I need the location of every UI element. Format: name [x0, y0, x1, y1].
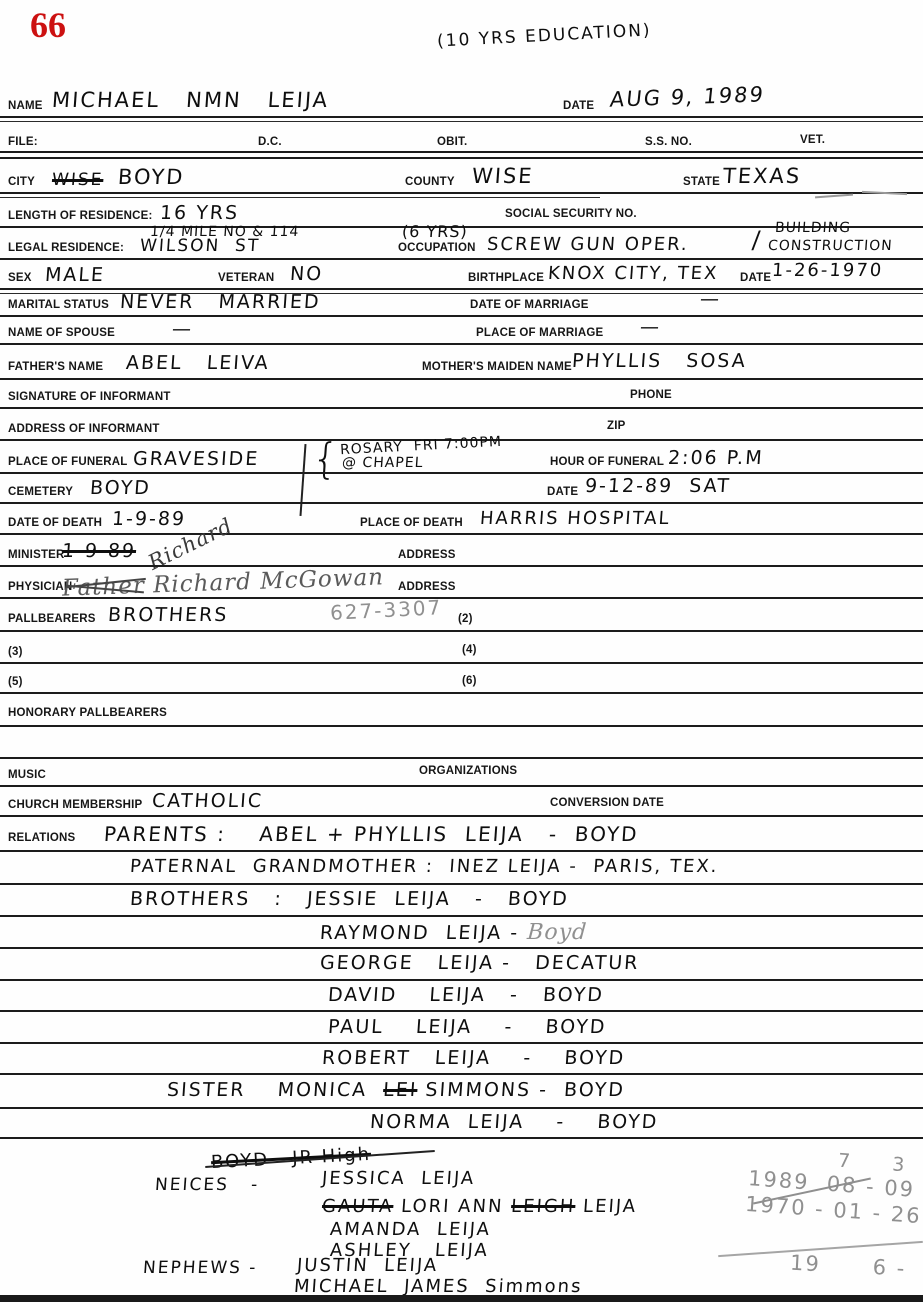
rule-line: [0, 915, 923, 917]
vet-label: VET.: [800, 134, 825, 146]
faint-scribble: [815, 194, 853, 199]
name-value: MICHAEL NMN LEIJA: [51, 88, 330, 112]
state-label: STATE: [683, 176, 720, 188]
sex-value: MALE: [44, 264, 106, 286]
minister-address-label: ADDRESS: [398, 549, 456, 561]
rule-line: [0, 692, 923, 694]
honorary-pallbearers-label: HONORARY PALLBEARERS: [8, 707, 167, 719]
relation-row: RAYMOND LEIJA - Boyd: [319, 920, 588, 945]
rule-line: [0, 883, 923, 885]
rule-line: [0, 472, 923, 474]
rule-line: [0, 1073, 923, 1075]
relation-row: PARENTS : ABEL + PHYLLIS LEIJA - BOYD: [103, 822, 639, 846]
dc-label: D.C.: [258, 136, 282, 148]
rule-line: [0, 850, 923, 852]
relation-row: PATERNAL GRANDMOTHER : INEZ LEIJA - PARI…: [129, 856, 719, 877]
organizations-label: ORGANIZATIONS: [419, 765, 517, 777]
funeral-date-label: DATE: [547, 486, 578, 498]
rule-line: [0, 197, 600, 198]
nephew-name: JUSTIN LEIJA: [296, 1255, 439, 1276]
relation-row: SISTER MONICA LEI SIMMONS - BOYD: [166, 1079, 625, 1101]
occupation-years-note: (6 YRS): [401, 222, 468, 241]
neice-name: AMANDA LEIJA: [329, 1219, 491, 1240]
signature-of-informant-label: SIGNATURE OF INFORMANT: [8, 391, 171, 403]
zip-label: ZIP: [607, 420, 626, 432]
rule-line: [0, 725, 923, 727]
county-label: COUNTY: [405, 176, 455, 188]
county-value: WISE: [471, 164, 534, 188]
date-of-death-value: 1-9-89: [111, 508, 187, 530]
relation-row: NORMA LEIJA - BOYD: [369, 1111, 659, 1133]
church-membership-value: CATHOLIC: [151, 790, 264, 812]
name-label: NAME: [8, 100, 43, 112]
father-name-label: FATHER'S NAME: [8, 361, 103, 373]
pallbearers-phone-value: 627-3307: [329, 595, 442, 625]
birthdate-label: DATE: [740, 272, 771, 284]
rule-line: [0, 979, 923, 981]
marital-status-label: MARITAL STATUS: [8, 299, 109, 311]
rule-line: [0, 315, 923, 317]
date-label: DATE: [563, 100, 594, 112]
length-of-residence-label: LENGTH OF RESIDENCE:: [8, 210, 153, 222]
struck-text: GAUTA: [321, 1196, 394, 1217]
place-of-marriage-label: PLACE OF MARRIAGE: [476, 327, 603, 339]
relations-label: RELATIONS: [8, 832, 75, 844]
city-struck-value: WISE: [51, 170, 104, 190]
place-of-marriage-value: —: [639, 316, 662, 338]
occupation-label: OCCUPATION: [398, 242, 476, 254]
rule-line: [0, 502, 923, 504]
church-membership-label: CHURCH MEMBERSHIP: [8, 799, 142, 811]
file-label: FILE:: [8, 136, 38, 148]
chapel-note: @ CHAPEL: [341, 455, 424, 471]
mother-maiden-name-label: MOTHER'S MAIDEN NAME: [422, 361, 572, 373]
date-of-marriage-value: —: [699, 288, 722, 310]
minister-label: MINISTER: [8, 549, 65, 561]
occupation-slash: /: [751, 226, 763, 254]
page-number: 66: [30, 4, 66, 46]
rule-line: [0, 157, 923, 159]
funeral-record-document: 66 (10 YRS EDUCATION) NAME MICHAEL NMN L…: [0, 0, 923, 1302]
place-of-death-value: HARRIS HOSPITAL: [479, 508, 671, 529]
rule-line: [0, 533, 923, 535]
neice-name: GAUTA LORI ANN LEIGH LEIJA: [321, 1196, 638, 1217]
rule-line: [0, 815, 923, 817]
rule-line: [0, 565, 923, 567]
rule-line: [0, 1137, 923, 1139]
music-label: MUSIC: [8, 769, 46, 781]
length-of-residence-value: 16 YRS: [159, 202, 240, 224]
neice-name: JESSICA LEIJA: [321, 1168, 476, 1189]
nephews-label: NEPHEWS -: [142, 1258, 258, 1278]
relation-row: ROBERT LEIJA - BOYD: [321, 1047, 626, 1069]
funeral-date-value: 9-12-89 SAT: [584, 475, 731, 497]
relation-row: BROTHERS : JESSIE LEIJA - BOYD: [129, 888, 569, 910]
city-value: BOYD: [117, 165, 185, 189]
hour-of-funeral-label: HOUR OF FUNERAL: [550, 456, 664, 468]
text: LORI ANN: [393, 1196, 512, 1217]
father-name-value: ABEL LEIVA: [125, 352, 270, 374]
hour-of-funeral-value: 2:06 P.M: [667, 447, 764, 469]
struck-text: LEIGH: [510, 1196, 576, 1217]
marital-status-value: NEVER MARRIED: [119, 291, 321, 313]
address-of-informant-label: ADDRESS OF INFORMANT: [8, 423, 160, 435]
date-of-marriage-label: DATE OF MARRIAGE: [470, 299, 589, 311]
occupation-construction: CONSTRUCTION: [767, 238, 893, 254]
scan-edge: [0, 1295, 923, 1302]
pallbearer-5-label: (5): [8, 676, 23, 688]
cemetery-label: CEMETERY: [8, 486, 73, 498]
rule-line: [0, 785, 923, 787]
rule-line: [0, 151, 923, 153]
pallbearers-label: PALLBEARERS: [8, 613, 96, 625]
rule-line: [0, 630, 923, 632]
cemetery-value: BOYD: [89, 477, 151, 499]
sex-label: SEX: [8, 272, 32, 284]
rule-line: [0, 116, 923, 118]
pallbearer-2-label: (2): [458, 613, 473, 625]
brace-glyph: {: [310, 434, 342, 483]
birthdate-value: 1-26-1970: [771, 260, 884, 281]
birthplace-label: BIRTHPLACE: [468, 272, 544, 284]
relation-row: GEORGE LEIJA - DECATUR: [319, 952, 640, 974]
place-of-funeral-label: PLACE OF FUNERAL: [8, 456, 127, 468]
conversion-date-label: CONVERSION DATE: [550, 797, 664, 809]
pallbearer-6-label: (6): [462, 675, 477, 687]
spouse-label: NAME OF SPOUSE: [8, 327, 115, 339]
text: LEIJA: [575, 1196, 638, 1217]
rule-line: [0, 947, 923, 949]
rule-line: [0, 662, 923, 664]
place-of-death-label: PLACE OF DEATH: [360, 517, 463, 529]
relation-row: PAUL LEIJA - BOYD: [327, 1016, 607, 1038]
rule-line: [0, 192, 923, 194]
obit-label: OBIT.: [437, 136, 467, 148]
veteran-label: VETERAN: [218, 272, 274, 284]
date-of-death-label: DATE OF DEATH: [8, 517, 102, 529]
relation-struck-text: LEI: [382, 1079, 418, 1101]
spouse-value: —: [171, 318, 194, 340]
rule-line: [0, 378, 923, 380]
social-security-label: SOCIAL SECURITY NO.: [505, 208, 637, 220]
rule-line: [0, 757, 923, 759]
state-value: TEXAS: [722, 164, 802, 188]
ssno-label: S.S. NO.: [645, 136, 692, 148]
legal-residence-label: LEGAL RESIDENCE:: [8, 242, 124, 254]
relation-text: SIMMONS - BOYD: [417, 1079, 626, 1101]
relation-row: DAVID LEIJA - BOYD: [327, 984, 604, 1006]
rule-line: [0, 288, 923, 290]
city-label: CITY: [8, 176, 35, 188]
relation-text: RAYMOND LEIJA -: [319, 922, 528, 944]
rule-line: [0, 407, 923, 409]
pallbearer-4-label: (4): [462, 644, 477, 656]
rule-line: [0, 121, 923, 122]
pallbearers-value: BROTHERS: [107, 604, 229, 626]
education-note: (10 YRS EDUCATION): [437, 20, 652, 51]
rule-line: [0, 343, 923, 345]
relation-pencil-script: Boyd: [526, 920, 588, 945]
birthplace-value: KNOX CITY, TEX: [547, 263, 719, 284]
rule-line: [0, 1042, 923, 1044]
mother-maiden-name-value: PHYLLIS SOSA: [571, 350, 747, 372]
occupation-value: SCREW GUN OPER.: [486, 234, 689, 255]
rule-line: [0, 1010, 923, 1012]
occupation-building: BUILDING: [774, 220, 851, 236]
place-of-funeral-value: GRAVESIDE: [132, 448, 260, 470]
pen-stroke: [299, 444, 306, 516]
pallbearer-3-label: (3): [8, 646, 23, 658]
neices-label: NEICES -: [154, 1175, 260, 1195]
relation-text: SISTER MONICA: [166, 1079, 384, 1101]
phone-label: PHONE: [630, 389, 672, 401]
veteran-value: NO: [289, 263, 324, 285]
legal-residence-value: WILSON ST: [139, 236, 261, 256]
physician-address-label: ADDRESS: [398, 581, 456, 593]
nephew-name: MICHAEL JAMES Simmons: [293, 1276, 583, 1297]
rule-line: [0, 597, 923, 599]
minister-struck-value: 1-9-89: [61, 540, 137, 562]
rule-line: [0, 1107, 923, 1109]
pencil-age-result: 19 6 - 13: [789, 1251, 923, 1284]
date-value: AUG 9, 1989: [609, 82, 766, 112]
